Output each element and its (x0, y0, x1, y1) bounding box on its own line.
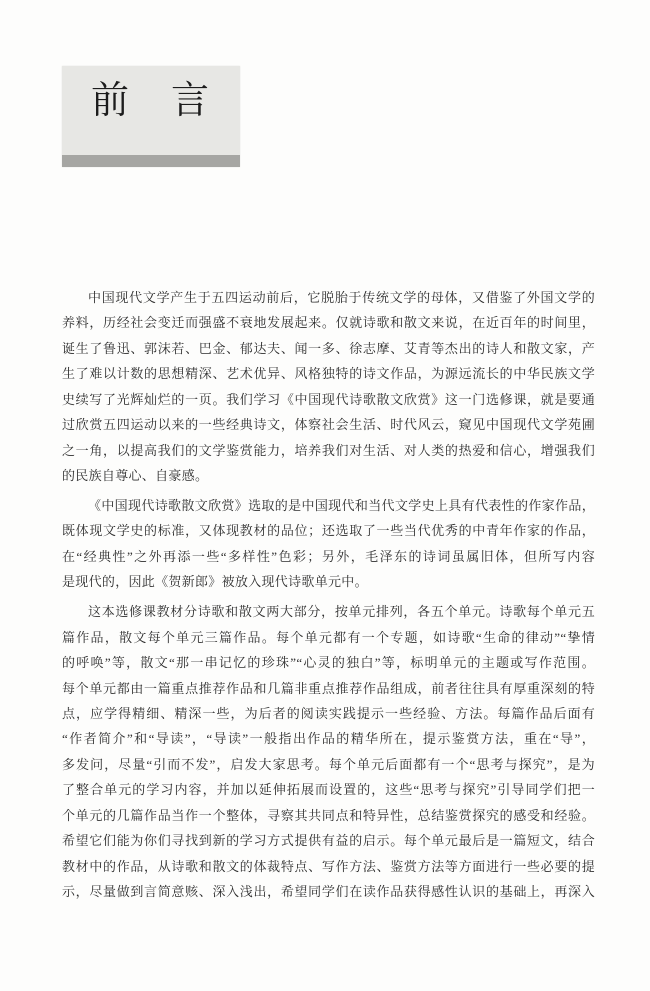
text-line: 每个单元都由一篇重点推荐作品和几篇非重点推荐作品组成，前者往往具有厚重深刻的特 (62, 676, 595, 701)
text-line: 过欣赏五四运动以来的一些经典诗文，体察社会生活、时代风云，窥见中国现代文学苑圃 (62, 412, 595, 437)
preface-title: 前 言 (62, 78, 240, 124)
text-line: 之一角，以提高我们的文学鉴赏能力，培养我们对生活、对人类的热爱和信心，增强我们 (62, 438, 595, 463)
text-line: 诞生了鲁迅、郭沫若、巴金、郁达夫、闻一多、徐志摩、艾青等杰出的诗人和散文家，产 (62, 336, 595, 361)
text-line: 点，应学得精细、精深一些，为后者的阅读实践提示一些经验、方法。每篇作品后面有 (62, 701, 595, 726)
text-line: 教材中的作品，从诗歌和散文的体裁特点、写作方法、鉴赏方法等方面进行一些必要的提 (62, 854, 595, 879)
text-line: 是现代的，因此《贺新郎》被放入现代诗歌单元中。 (62, 569, 595, 594)
text-line: 中国现代文学产生于五四运动前后，它脱胎于传统文学的母体，又借鉴了外国文学的 (62, 285, 595, 310)
text-line: 在“经典性”之外再添一些“多样性”色彩；另外，毛泽东的诗词虽属旧体，但所写内容 (62, 544, 595, 569)
text-line: 篇作品，散文每个单元三篇作品。每个单元都有一个专题，如诗歌“生命的律动”“挚情 (62, 625, 595, 650)
text-line: “作者简介”和“导读”，“导读”一般指出作品的精华所在，提示鉴赏方法，重在“导”… (62, 726, 595, 751)
text-line: 的民族自尊心、自豪感。 (62, 463, 595, 488)
paragraph: 这本选修课教材分诗歌和散文两大部分，按单元排列，各五个单元。诗歌每个单元五篇作品… (62, 599, 595, 904)
preface-title-box: 前 言 (62, 66, 240, 167)
text-line: 个单元的几篇作品当作一个整体，寻察其共同点和特异性，总结鉴赏探究的感受和经验。 (62, 803, 595, 828)
text-line: 既体现文学史的标准，又体现教材的品位；还选取了一些当代优秀的中青年作家的作品， (62, 518, 595, 543)
text-line: 史续写了光辉灿烂的一页。我们学习《中国现代诗歌散文欣赏》这一门选修课，就是要通 (62, 387, 595, 412)
text-line: 这本选修课教材分诗歌和散文两大部分，按单元排列，各五个单元。诗歌每个单元五 (62, 599, 595, 624)
text-line: 希望它们能为你们寻找到新的学习方式提供有益的启示。每个单元最后是一篇短文，结合 (62, 828, 595, 853)
paragraph: 《中国现代诗歌散文欣赏》选取的是中国现代和当代文学史上具有代表性的作家作品，既体… (62, 493, 595, 595)
title-box-bottom-strip (62, 155, 240, 167)
text-line: 了整合单元的学习内容，并加以延伸拓展而设置的，这些“思考与探究”引导同学们把一 (62, 777, 595, 802)
text-line: 示，尽量做到言简意赅、深入浅出，希望同学们在读作品获得感性认识的基础上，再深入 (62, 879, 595, 904)
preface-body: 中国现代文学产生于五四运动前后，它脱胎于传统文学的母体，又借鉴了外国文学的养料，… (62, 285, 595, 905)
text-line: 养料，历经社会变迁而强盛不衰地发展起来。仅就诗歌和散文来说，在近百年的时间里， (62, 310, 595, 335)
text-line: 《中国现代诗歌散文欣赏》选取的是中国现代和当代文学史上具有代表性的作家作品， (62, 493, 595, 518)
preface-page: 前 言 中国现代文学产生于五四运动前后，它脱胎于传统文学的母体，又借鉴了外国文学… (0, 0, 650, 991)
text-line: 多发问，尽量“引而不发”，启发大家思考。每个单元后面都有一个“思考与探究”，是为 (62, 752, 595, 777)
text-line: 的呼唤”等，散文“那一串记忆的珍珠”“心灵的独白”等，标明单元的主题或写作范围。 (62, 650, 595, 675)
paragraph: 中国现代文学产生于五四运动前后，它脱胎于传统文学的母体，又借鉴了外国文学的养料，… (62, 285, 595, 489)
text-line: 生了难以计数的思想精深、艺术优异、风格独特的诗文作品，为源远流长的中华民族文学 (62, 361, 595, 386)
